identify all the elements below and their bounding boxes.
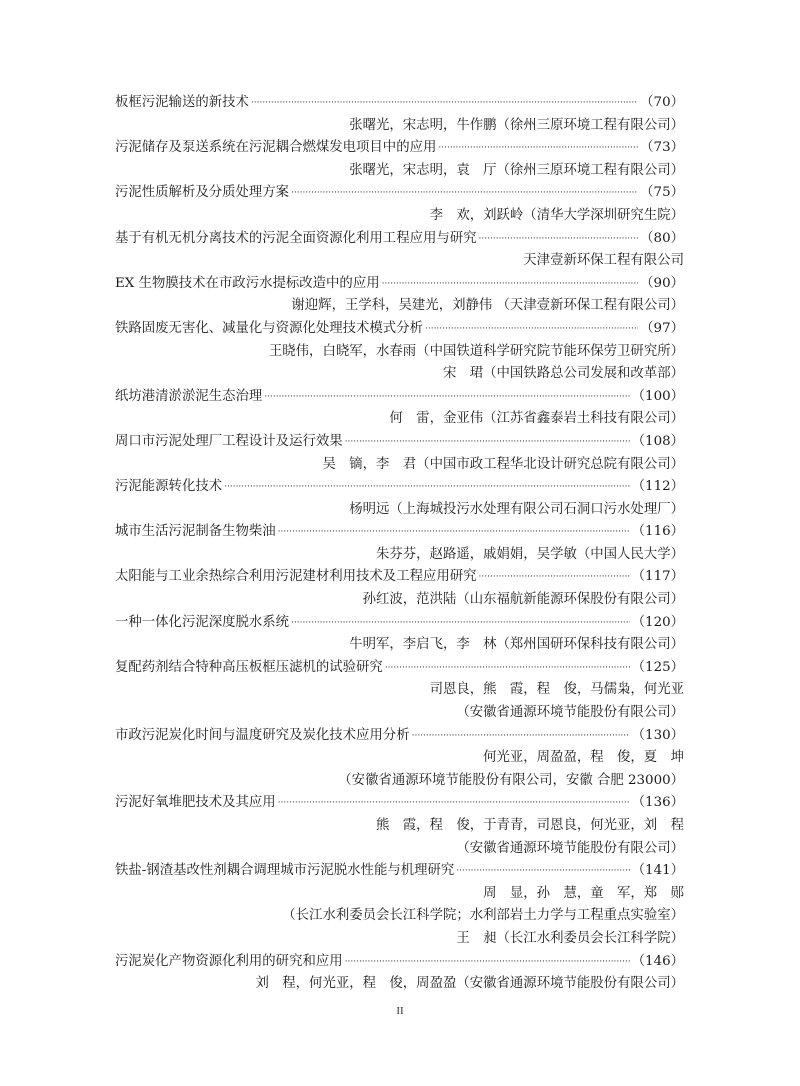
page-ref: （70）: [640, 92, 684, 115]
entry-authors: 朱芬芬，赵路遥，戚娟娟，吴学敏（中国人民大学）: [115, 544, 684, 567]
page-ref: （80）: [640, 228, 684, 251]
dot-leader: [456, 860, 629, 883]
entry-authors: 何 雷，金亚伟（江苏省鑫泰岩土科技有限公司）: [115, 408, 684, 431]
entry-title: 太阳能与工业余热综合利用污泥建材利用技术及工程应用研究: [115, 566, 477, 589]
entry-title: 污泥能源转化技术: [115, 476, 222, 499]
entry-title: 板框污泥输送的新技术: [115, 92, 249, 115]
entry-title: 一种一体化污泥深度脱水系统: [115, 612, 289, 635]
entry-authors: 王 昶（长江水利委员会长江科学院）: [115, 928, 684, 951]
entry-title: 铁路固废无害化、减量化与资源化处理技术模式分析: [115, 318, 423, 341]
entry-authors: 刘 程，何光亚，程 俊，周盈盈（安徽省通源环境节能股份有限公司）: [115, 973, 684, 996]
entry-authors: 张曙光，宋志明，袁 厅（徐州三原环境工程有限公司）: [115, 160, 684, 183]
toc-entry-title[interactable]: 基于有机无机分离技术的污泥全面资源化利用工程应用与研究（80）: [115, 228, 684, 251]
entry-authors: 司恩良，熊 霞，程 俊，马儒枭，何光亚: [115, 679, 684, 702]
entry-authors: 天津壹新环保工程有限公司: [115, 250, 684, 273]
entry-title: 纸坊港清淤淤泥生态治理: [115, 386, 262, 409]
entry-affiliation: （长江水利委员会长江科学院；水利部岩土力学与工程重点实验室）: [115, 905, 684, 928]
entry-authors: 宋 珺（中国铁路总公司发展和改革部）: [115, 363, 684, 386]
entry-affiliation: （安徽省通源环境节能股份有限公司）: [115, 838, 684, 861]
entry-affiliation: （安徽省通源环境节能股份有限公司）: [115, 702, 684, 725]
toc-entry-title[interactable]: EX 生物膜技术在市政污水提标改造中的应用（90）: [115, 273, 684, 296]
page-ref: （112）: [632, 476, 684, 499]
dot-leader: [385, 657, 630, 680]
entry-title: 周口市污泥处理厂工程设计及运行效果: [115, 431, 343, 454]
dot-leader: [382, 273, 639, 296]
entry-authors: 王晓伟，白晓军，水春雨（中国铁道科学研究院节能环保劳卫研究所）: [115, 341, 684, 364]
entry-authors: 谢迎辉，王学科，吴建光，刘静伟 （天津壹新环保工程有限公司）: [115, 295, 684, 318]
dot-leader: [264, 386, 629, 409]
entry-title: 污泥好氧堆肥技术及其应用: [115, 792, 276, 815]
entry-authors: 孙红波，范洪陆（山东福航新能源环保股份有限公司）: [115, 589, 684, 612]
entry-authors: 牛明军，李启飞，李 林（郑州国研环保科技有限公司）: [115, 634, 684, 657]
toc-entry-title[interactable]: 市政污泥炭化时间与温度研究及炭化技术应用分析（130）: [115, 725, 684, 748]
dot-leader: [345, 951, 630, 974]
toc-entry-title[interactable]: 污泥炭化产物资源化利用的研究和应用（146）: [115, 951, 684, 974]
dot-leader: [412, 725, 630, 748]
dot-leader: [224, 476, 630, 499]
entry-authors: 何光亚，周盈盈，程 俊，夏 坤: [115, 747, 684, 770]
toc-entry-title[interactable]: 污泥性质解析及分质处理方案（75）: [115, 182, 684, 205]
entry-authors: 杨明远（上海城投污水处理有限公司石洞口污水处理厂）: [115, 499, 684, 522]
page-ref: （125）: [632, 657, 684, 680]
dot-leader: [425, 318, 638, 341]
toc-entry-title[interactable]: 城市生活污泥制备生物柴油（116）: [115, 521, 684, 544]
toc-entry-title[interactable]: 周口市污泥处理厂工程设计及运行效果（108）: [115, 431, 684, 454]
entry-title: 城市生活污泥制备生物柴油: [115, 521, 276, 544]
page-ref: （141）: [632, 860, 684, 883]
dot-leader: [291, 612, 630, 635]
entry-authors: 李 欢，刘跃岭（清华大学深圳研究生院）: [115, 205, 684, 228]
dot-leader: [438, 137, 638, 160]
entry-title: 基于有机无机分离技术的污泥全面资源化利用工程应用与研究: [115, 228, 477, 251]
entry-authors: 周 显，孙 慧，童 军，郑 郧: [115, 883, 684, 906]
dot-leader: [278, 521, 630, 544]
table-of-contents: 板框污泥输送的新技术（70） 张曙光，宋志明，牛作鹏（徐州三原环境工程有限公司）…: [115, 92, 684, 996]
dot-leader: [345, 431, 630, 454]
toc-entry-title[interactable]: 太阳能与工业余热综合利用污泥建材利用技术及工程应用研究（117）: [115, 566, 684, 589]
page-number: II: [0, 1005, 800, 1017]
dot-leader: [291, 182, 638, 205]
page-ref: （73）: [640, 137, 684, 160]
toc-entry-title[interactable]: 铁盐-钢渣基改性剂耦合调理城市污泥脱水性能与机理研究（141）: [115, 860, 684, 883]
toc-entry-title[interactable]: 一种一体化污泥深度脱水系统（120）: [115, 612, 684, 635]
page-ref: （116）: [632, 521, 684, 544]
dot-leader: [479, 566, 630, 589]
entry-authors: 张曙光，宋志明，牛作鹏（徐州三原环境工程有限公司）: [115, 115, 684, 138]
entry-title: 复配药剂结合特种高压板框压滤机的试验研究: [115, 657, 383, 680]
entry-title: 铁盐-钢渣基改性剂耦合调理城市污泥脱水性能与机理研究: [115, 860, 454, 883]
entry-title: 污泥炭化产物资源化利用的研究和应用: [115, 951, 343, 974]
page-ref: （100）: [632, 386, 684, 409]
page-ref: （90）: [640, 273, 684, 296]
entry-title: 市政污泥炭化时间与温度研究及炭化技术应用分析: [115, 725, 410, 748]
page-ref: （146）: [632, 951, 684, 974]
entry-authors: 吴 镝，李 君（中国市政工程华北设计研究总院有限公司）: [115, 454, 684, 477]
page-ref: （97）: [640, 318, 684, 341]
page-ref: （117）: [632, 566, 684, 589]
entry-affiliation: （安徽省通源环境节能股份有限公司，安徽 合肥 23000）: [115, 770, 684, 793]
page-ref: （75）: [640, 182, 684, 205]
toc-entry-title[interactable]: 铁路固废无害化、减量化与资源化处理技术模式分析（97）: [115, 318, 684, 341]
entry-title: 污泥性质解析及分质处理方案: [115, 182, 289, 205]
entry-authors: 熊 霞，程 俊，于青青，司恩良，何光亚，刘 程: [115, 815, 684, 838]
toc-entry-title[interactable]: 板框污泥输送的新技术（70）: [115, 92, 684, 115]
page-ref: （108）: [632, 431, 684, 454]
toc-entry-title[interactable]: 复配药剂结合特种高压板框压滤机的试验研究（125）: [115, 657, 684, 680]
dot-leader: [278, 792, 630, 815]
page-ref: （120）: [632, 612, 684, 635]
toc-entry-title[interactable]: 纸坊港清淤淤泥生态治理（100）: [115, 386, 684, 409]
dot-leader: [251, 92, 638, 115]
dot-leader: [479, 228, 639, 251]
toc-entry-title[interactable]: 污泥能源转化技术（112）: [115, 476, 684, 499]
entry-title: EX 生物膜技术在市政污水提标改造中的应用: [115, 273, 380, 296]
toc-entry-title[interactable]: 污泥储存及泵送系统在污泥耦合燃煤发电项目中的应用（73）: [115, 137, 684, 160]
toc-entry-title[interactable]: 污泥好氧堆肥技术及其应用（136）: [115, 792, 684, 815]
page-ref: （130）: [632, 725, 684, 748]
entry-title: 污泥储存及泵送系统在污泥耦合燃煤发电项目中的应用: [115, 137, 436, 160]
page-ref: （136）: [632, 792, 684, 815]
